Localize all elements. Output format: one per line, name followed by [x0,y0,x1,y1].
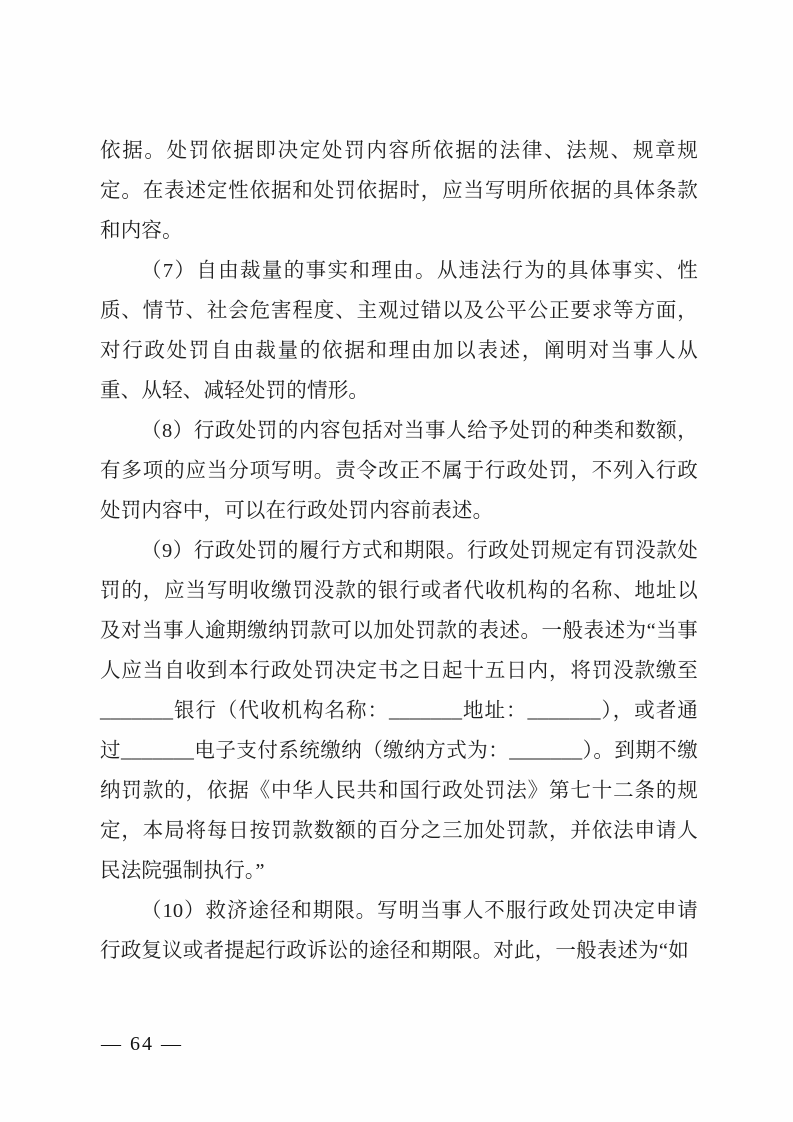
page-number: — 64 — [101,1030,183,1058]
paragraph-item-9: （9）行政处罚的履行方式和期限。行政处罚规定有罚没款处罚的，应当写明收缴罚没款的… [100,531,698,891]
paragraph-item-7: （7）自由裁量的事实和理由。从违法行为的具体事实、性质、情节、社会危害程度、主观… [100,251,698,411]
paragraph-continuation: 依据。处罚依据即决定处罚内容所依据的法律、法规、规章规定。在表述定性依据和处罚依… [100,131,698,251]
paragraph-item-8: （8）行政处罚的内容包括对当事人给予处罚的种类和数额，有多项的应当分项写明。责令… [100,411,698,531]
document-page: 依据。处罚依据即决定处罚内容所依据的法律、法规、规章规定。在表述定性依据和处罚依… [0,0,793,1122]
body-text: 依据。处罚依据即决定处罚内容所依据的法律、法规、规章规定。在表述定性依据和处罚依… [100,131,698,971]
paragraph-item-10: （10）救济途径和期限。写明当事人不服行政处罚决定申请行政复议或者提起行政诉讼的… [100,891,698,971]
